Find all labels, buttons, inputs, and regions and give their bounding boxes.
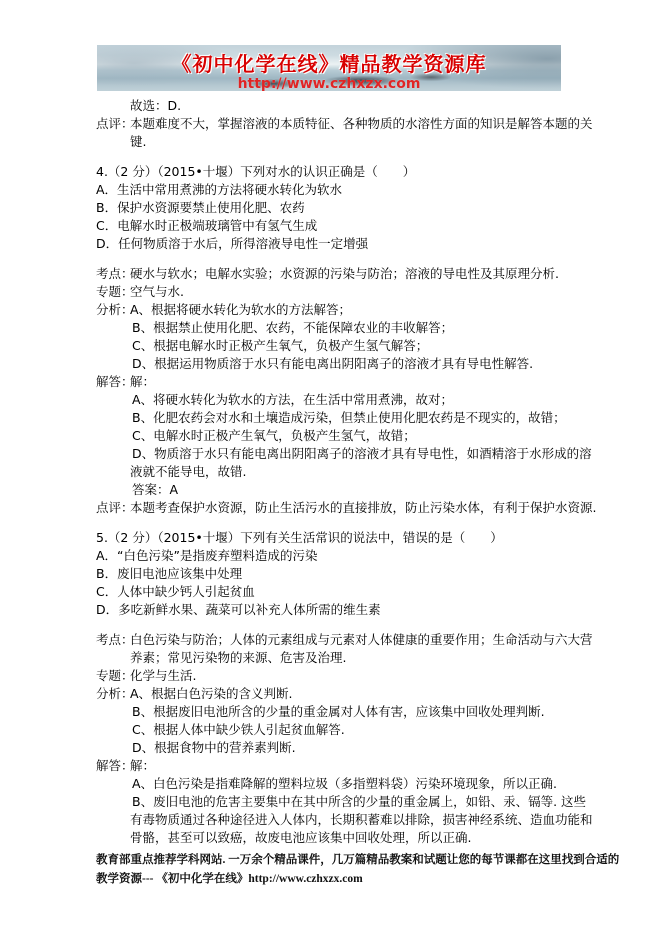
- line-text: D．任何物质溶于水后，所得溶液导电性一定增强: [96, 236, 368, 251]
- text-line: C、电解水时正极产生氧气，负极产生氢气，故错；: [96, 427, 574, 445]
- text-line: D、物质溶于水只有能电离出阴阳离子的溶液才具有导电性，如酒精溶于水形成的溶: [96, 445, 574, 463]
- line-text: B、废旧电池的危害主要集中在其中所含的少量的重金属上，如铅、汞、镉等. 这些: [132, 794, 586, 809]
- site-banner: 《初中化学在线》精品教学资源库 http://www.czhxzx.com: [97, 45, 561, 91]
- text-line: C、根据电解水时正极产生氧气，负极产生氢气解答；: [96, 337, 574, 355]
- text-line: B、根据废旧电池所含的少量的重金属对人体有害，应该集中回收处理判断.: [96, 703, 574, 721]
- text-line: B．保护水资源要禁止使用化肥、农药: [96, 199, 574, 217]
- line-text: D．多吃新鲜水果、蔬菜可以补充人体所需的维生素: [96, 602, 381, 617]
- text-line: 考点：硬水与软水；电解水实验；水资源的污染与防治；溶液的导电性及其原理分析.: [96, 265, 574, 283]
- text-line: D．多吃新鲜水果、蔬菜可以补充人体所需的维生素: [96, 601, 574, 619]
- line-text: C、根据人体中缺少铁人引起贫血解答.: [132, 722, 345, 737]
- text-line: B、化肥农药会对水和土壤造成污染，但禁止使用化肥农药是不现实的，故错；: [96, 409, 574, 427]
- line-text: C．人体中缺少钙人引起贫血: [96, 584, 255, 599]
- banner-url: http://www.czhxzx.com: [97, 76, 561, 91]
- text-line: 解答：解：: [96, 757, 574, 775]
- line-label: 考点：: [96, 265, 134, 283]
- paragraph-gap: [96, 619, 574, 631]
- text-line: B、根据禁止使用化肥、农药，不能保障农业的丰收解答；: [96, 319, 574, 337]
- text-line: 分析：A、根据白色污染的含义判断.: [96, 685, 574, 703]
- text-line: 点评：本题考查保护水资源，防止生活污水的直接排放，防止污染水体，有利于保护水资源…: [96, 499, 574, 517]
- paragraph-gap: [96, 517, 574, 529]
- line-text: B、根据禁止使用化肥、农药，不能保障农业的丰收解答；: [132, 320, 453, 335]
- line-label: 解答：: [96, 373, 134, 391]
- line-text: 化学与生活.: [130, 668, 196, 683]
- line-text: B、化肥农药会对水和土壤造成污染，但禁止使用化肥农药是不现实的，故错；: [132, 410, 566, 425]
- footer-note: 教育部重点推荐学科网站. 一万余个精品课件，几万篇精品教案和试题让您的每节课都在…: [96, 851, 578, 889]
- text-line: A．“白色污染”是指废弃塑料造成的污染: [96, 547, 574, 565]
- line-text: 解：: [130, 374, 155, 389]
- line-text: A、将硬水转化为软水的方法，在生活中常用煮沸，故对；: [132, 392, 453, 407]
- text-line: 故选：D.: [96, 97, 574, 115]
- text-line: D、根据食物中的营养素判断.: [96, 739, 574, 757]
- text-line: B、废旧电池的危害主要集中在其中所含的少量的重金属上，如铅、汞、镉等. 这些: [96, 793, 574, 811]
- paragraph-gap: [96, 253, 574, 265]
- text-line: 键.: [96, 133, 574, 151]
- line-text: A、根据将硬水转化为软水的方法解答；: [130, 302, 351, 317]
- line-text: 本题考查保护水资源，防止生活污水的直接排放，防止污染水体，有利于保护水资源.: [130, 500, 596, 515]
- line-label: 解答：: [96, 757, 134, 775]
- line-text: D、根据运用物质溶于水只有能电离出阴阳离子的溶液才具有导电性解答.: [132, 356, 533, 371]
- line-text: A．“白色污染”是指废弃塑料造成的污染: [96, 548, 318, 563]
- text-line: D、根据运用物质溶于水只有能电离出阴阳离子的溶液才具有导电性解答.: [96, 355, 574, 373]
- paragraph-gap: [96, 151, 574, 163]
- text-line: 5.（2 分）（2015•十堰）下列有关生活常识的说法中，错误的是（ ）: [96, 529, 574, 547]
- line-text: A．生活中常用煮沸的方法将硬水转化为软水: [96, 182, 342, 197]
- line-text: D、根据食物中的营养素判断.: [132, 740, 296, 755]
- line-text: 硬水与软水；电解水实验；水资源的污染与防治；溶液的导电性及其原理分析.: [130, 266, 559, 281]
- text-line: A、将硬水转化为软水的方法，在生活中常用煮沸，故对；: [96, 391, 574, 409]
- document-page: 《初中化学在线》精品教学资源库 http://www.czhxzx.com 故选…: [0, 0, 661, 935]
- line-label: 分析：: [96, 685, 134, 703]
- text-line: 考点：白色污染与防治；人体的元素组成与元素对人体健康的重要作用；生命活动与六大营: [96, 631, 574, 649]
- text-line: B．废旧电池应该集中处理: [96, 565, 574, 583]
- line-label: 分析：: [96, 301, 134, 319]
- line-text: A、白色污染是指难降解的塑料垃圾（多指塑料袋）污染环境现象，所以正确.: [132, 776, 557, 791]
- text-line: 点评：本题难度不大，掌握溶液的本质特征、各种物质的水溶性方面的知识是解答本题的关: [96, 115, 574, 133]
- text-line: 专题：空气与水.: [96, 283, 574, 301]
- line-label: 点评：: [96, 115, 134, 133]
- line-text: 5.（2 分）（2015•十堰）下列有关生活常识的说法中，错误的是（ ）: [96, 530, 503, 545]
- line-text: 4.（2 分）（2015•十堰）下列对水的认识正确是（ ）: [96, 164, 415, 179]
- text-line: C．人体中缺少钙人引起贫血: [96, 583, 574, 601]
- line-text: D、物质溶于水只有能电离出阴阳离子的溶液才具有导电性，如酒精溶于水形成的溶: [132, 446, 592, 461]
- text-line: 骨骼，甚至可以致癌，故废电池应该集中回收处理，所以正确.: [96, 829, 574, 847]
- footer-line-1: 教育部重点推荐学科网站. 一万余个精品课件，几万篇精品教案和试题让您的每节课都在…: [96, 851, 578, 870]
- line-text: B．保护水资源要禁止使用化肥、农药: [96, 200, 305, 215]
- text-line: D．任何物质溶于水后，所得溶液导电性一定增强: [96, 235, 574, 253]
- text-line: 液就不能导电，故错.: [96, 463, 574, 481]
- text-line: 养素；常见污染物的来源、危害及治理.: [96, 649, 574, 667]
- line-text: C、电解水时正极产生氧气，负极产生氢气，故错；: [132, 428, 416, 443]
- line-label: 点评：: [96, 499, 134, 517]
- line-text: 本题难度不大，掌握溶液的本质特征、各种物质的水溶性方面的知识是解答本题的关: [130, 116, 593, 131]
- document-body: 故选：D.点评：本题难度不大，掌握溶液的本质特征、各种物质的水溶性方面的知识是解…: [96, 97, 574, 847]
- line-text: B、根据废旧电池所含的少量的重金属对人体有害，应该集中回收处理判断.: [132, 704, 545, 719]
- text-line: A．生活中常用煮沸的方法将硬水转化为软水: [96, 181, 574, 199]
- text-line: A、白色污染是指难降解的塑料垃圾（多指塑料袋）污染环境现象，所以正确.: [96, 775, 574, 793]
- line-text: 有毒物质通过各种途径进入人体内，长期积蓄难以排除，损害神经系统、造血功能和: [130, 812, 593, 827]
- line-text: 故选：D.: [130, 98, 181, 113]
- line-text: 解：: [130, 758, 155, 773]
- line-text: C、根据电解水时正极产生氧气，负极产生氢气解答；: [132, 338, 428, 353]
- banner-title: 《初中化学在线》精品教学资源库: [97, 48, 561, 77]
- line-label: 考点：: [96, 631, 134, 649]
- line-text: 白色污染与防治；人体的元素组成与元素对人体健康的重要作用；生命活动与六大营: [130, 632, 593, 647]
- text-line: C．电解水时正极端玻璃管中有氢气生成: [96, 217, 574, 235]
- text-line: 分析：A、根据将硬水转化为软水的方法解答；: [96, 301, 574, 319]
- text-line: 专题：化学与生活.: [96, 667, 574, 685]
- line-text: A、根据白色污染的含义判断.: [130, 686, 293, 701]
- line-label: 专题：: [96, 283, 134, 301]
- footer-line-2: 教学资源--- 《初中化学在线》http://www.czhxzx.com: [96, 870, 578, 889]
- line-text: 液就不能导电，故错.: [130, 464, 246, 479]
- line-text: 键.: [130, 134, 146, 149]
- line-label: 专题：: [96, 667, 134, 685]
- text-line: 答案：A: [96, 481, 574, 499]
- text-line: 4.（2 分）（2015•十堰）下列对水的认识正确是（ ）: [96, 163, 574, 181]
- line-text: 骨骼，甚至可以致癌，故废电池应该集中回收处理，所以正确.: [130, 830, 471, 845]
- line-text: 养素；常见污染物的来源、危害及治理.: [130, 650, 346, 665]
- line-text: B．废旧电池应该集中处理: [96, 566, 242, 581]
- text-line: C、根据人体中缺少铁人引起贫血解答.: [96, 721, 574, 739]
- text-line: 有毒物质通过各种途径进入人体内，长期积蓄难以排除，损害神经系统、造血功能和: [96, 811, 574, 829]
- text-line: 解答：解：: [96, 373, 574, 391]
- line-text: 答案：A: [132, 482, 178, 497]
- line-text: 空气与水.: [130, 284, 184, 299]
- line-text: C．电解水时正极端玻璃管中有氢气生成: [96, 218, 317, 233]
